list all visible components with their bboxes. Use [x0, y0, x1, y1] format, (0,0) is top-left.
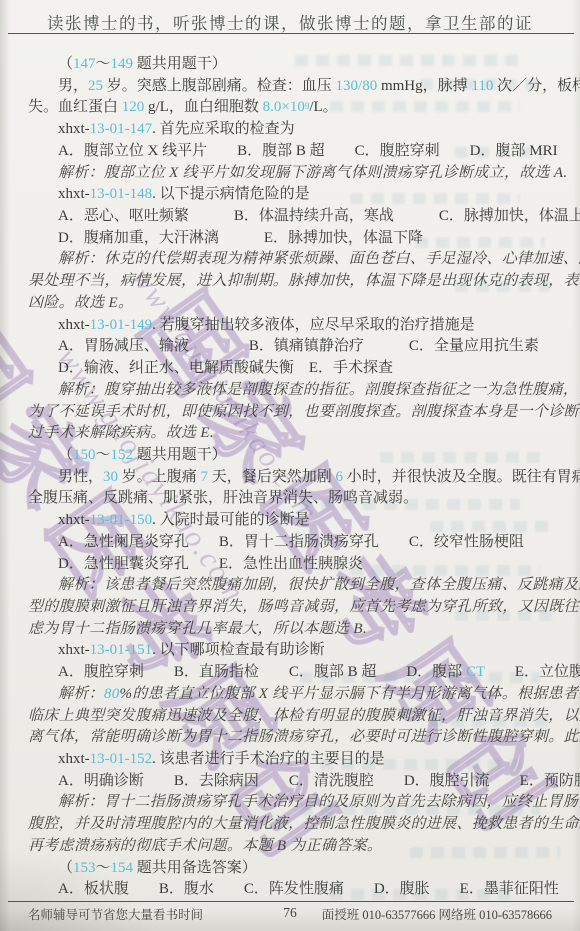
text-line: A．腹腔穿刺 B．直肠指检 C．腹部 B 超 D．腹部 CT E．立位腹部平片: [28, 662, 554, 684]
text-line: 解析：腹穿抽出较多液体是剖腹探查的指征。剖腹探查指征之一为急性腹痛，出现休克或肠…: [28, 380, 554, 402]
text-line: （150～152 题共用题干）: [28, 445, 554, 467]
text-line: 离气体，常能明确诊断为胃十二指肠溃疡穿孔，必要时可进行诊断性腹腔穿刺。此题应选出…: [28, 727, 554, 749]
text-line: 凶险。故选 E。: [28, 293, 554, 315]
text-line: 型的腹膜刺激征且肝浊音界消失，肠鸣音减弱，应首先考虑为穿孔所致，又因既往有胃病史…: [28, 597, 554, 619]
text-line: 解析：该患者餐后突然腹痛加剧，很快扩散到全腹，查体全腹压痛、反跳痛及肌紧张，出现…: [28, 575, 554, 597]
text-line: 腹腔，并及时清理腹腔内的大量消化液，控制急性腹膜炎的进展、挽救患者的生命。如病情…: [28, 814, 554, 836]
page-footer: 76 名师辅导可节省您大量看书时间 面授班 010-63577666 网络班 0…: [28, 905, 552, 927]
text-line: A．板状腹 B．腹水 C．阵发性腹痛 D．腹胀 E．墨菲征阳性: [28, 879, 554, 901]
text-line: xhxt-13-01-147. 首先应采取的检查为: [28, 119, 554, 141]
text-line: 过手术来解除疾病。故选 E.: [28, 423, 554, 445]
text-line: 失。血红蛋白 120 g/L，血白细胞数 8.0×109/L。: [28, 97, 554, 119]
header-rule: [8, 33, 574, 34]
footer-rule: [8, 901, 574, 902]
text-line: A．急性阑尾炎穿孔 B．胃十二指肠溃疡穿孔 C．绞窄性肠梗阻: [28, 532, 554, 554]
text-line: 解析：腹部立位 X 线平片如发现膈下游离气体则溃疡穿孔诊断成立，故选 A.: [28, 163, 554, 185]
text-line: D．急性胆囊炎穿孔 E．急性出血性胰腺炎: [28, 554, 554, 576]
content-area: （147～149 题共用题干）男，25 岁。突感上腹部剧痛。检查：血压 130/…: [28, 54, 554, 901]
text-line: 男性，30 岁。上腹痛 7 天，餐后突然加剧 6 小时，并很快波及全腹。既往有胃…: [28, 467, 554, 489]
text-line: xhxt-13-01-150. 入院时最可能的诊断是: [28, 510, 554, 532]
text-line: 解析：80%的患者直立位腹部 X 线平片显示膈下有半月形游离气体。根据患者既往有…: [28, 684, 554, 706]
text-line: A．明确诊断 B．去除病因 C．清洗腹腔 D．腹腔引流 E．预防腹腔脓肿形成: [28, 771, 554, 793]
text-line: xhxt-13-01-151. 以下哪项检查最有助诊断: [28, 640, 554, 662]
text-line: 再考虑溃疡病的彻底手术问题。本题 B 为正确答案。: [28, 836, 554, 858]
text-line: A．胃肠减压、输液 B．镇痛镇静治疗 C．全量应用抗生素: [28, 336, 554, 358]
scanned-book-page: 国家医考原创 国家医考原创 www.guojiayikao.com www.gu…: [0, 0, 580, 931]
text-line: xhxt-13-01-152. 该患者进行手术治疗的主要目的是: [28, 749, 554, 771]
text-line: 果处理不当，病情发展，进入抑制期。脉搏加快，体温下降是出现休克的表现，表示患者病…: [28, 271, 554, 293]
text-line: 为了不延误手术时机，即使原因找不到，也要剖腹探查。剖腹探查本身是一个诊断的延续，…: [28, 402, 554, 424]
text-line: A．腹部立位 X 线平片 B．腹部 B 超 C．腹腔穿刺 D．腹部 MRI E．…: [28, 141, 554, 163]
text-line: （147～149 题共用题干）: [28, 54, 554, 76]
text-line: 男，25 岁。突感上腹部剧痛。检查：血压 130/80 mmHg，脉搏 110 …: [28, 76, 554, 98]
text-line: D．腹痛加重，大汗淋漓 E．脉搏加快，体温下降: [28, 228, 554, 250]
text-line: 解析：休克的代偿期表现为精神紧张烦躁、面色苍白、手足湿冷、心律加速、过度换气等。…: [28, 249, 554, 271]
text-line: xhxt-13-01-148. 以下提示病情危险的是: [28, 184, 554, 206]
text-line: A．恶心、呕吐频繁 B．体温持续升高，寒战 C．脉搏加快，体温上升: [28, 206, 554, 228]
text-line: （153～154 题共用备选答案）: [28, 858, 554, 880]
text-line: 虑为胃十二指肠溃疡穿孔几率最大，所以本题选 B.: [28, 619, 554, 641]
text-line: D．输液、纠正水、电解质酸碱失衡 E．手术探查: [28, 358, 554, 380]
header-slogan: 读张博士的书，听张博士的课，做张博士的题，拿卫生部的证: [0, 10, 580, 34]
text-line: 解析：胃十二指肠溃疡穿孔手术治疗目的及原则为首先去除病因，应终止胃肠内容物继续漏…: [28, 792, 554, 814]
text-line: xhxt-13-01-149. 若腹穿抽出较多液体，应尽早采取的治疗措施是: [28, 315, 554, 337]
text-line: 临床上典型突发腹痛迅速波及全腹，体检有明显的腹膜刺激征，肝浊音界消失，以及 X …: [28, 706, 554, 728]
footer-page-number: 76: [28, 905, 552, 921]
text-line: 全腹压痛、反跳痛、肌紧张，肝浊音界消失、肠鸣音减弱。: [28, 488, 554, 510]
